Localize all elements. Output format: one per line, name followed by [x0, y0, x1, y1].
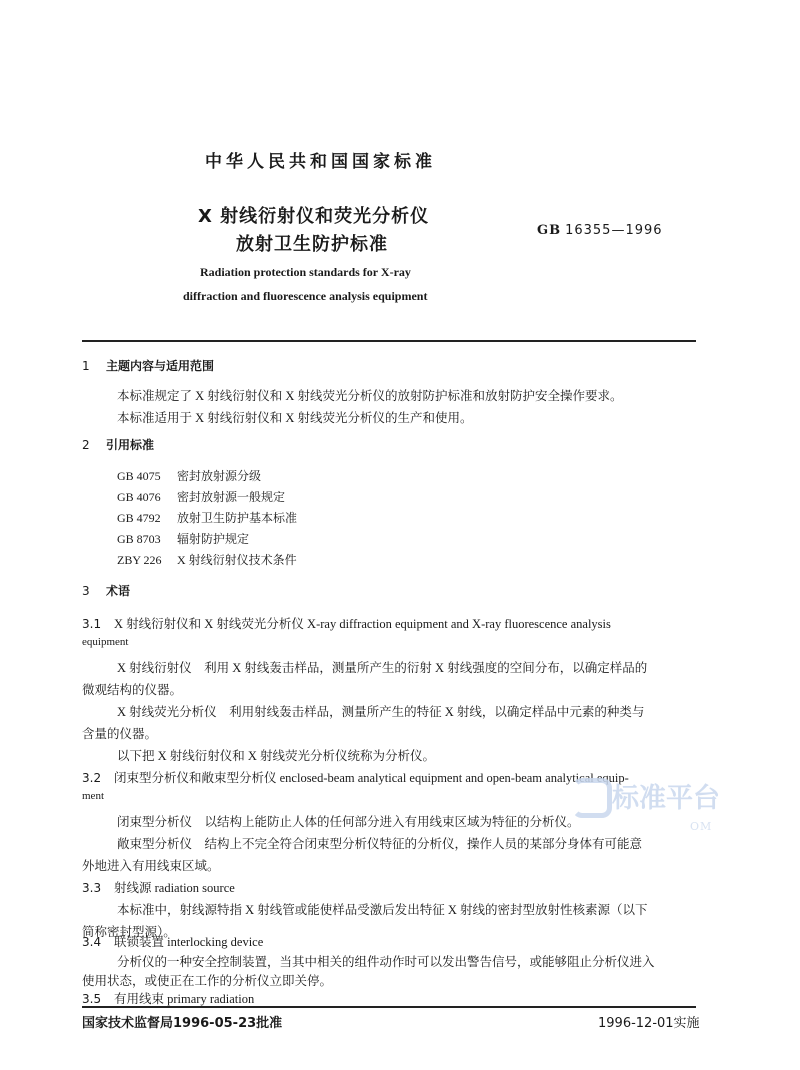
term-3-1-para-2a: X 射线荧光分析仪 利用射线轰击样品，测量所产生的特征 X 射线，以确定样品中元…	[117, 702, 644, 720]
title-cn-line1: X 射线衍射仪和荧光分析仪	[198, 202, 429, 228]
watermark-subtext: OM	[690, 820, 712, 833]
watermark-text: 标准平台	[612, 776, 720, 815]
term-3-2-heading: 3.2闭束型分析仪和敞束型分析仪 enclosed-beam analytica…	[82, 768, 629, 786]
standard-type: 中华人民共和国国家标准	[205, 147, 436, 172]
term-3-1-para-2b: 含量的仪器。	[82, 724, 157, 742]
approval-date: 国家技术监督局1996-05-23批准	[82, 1012, 282, 1031]
term-3-5-heading: 3.5有用线束 primary radiation	[82, 989, 254, 1007]
term-3-1-para-1b: 微观结构的仪器。	[82, 680, 182, 698]
term-3-1-heading-cont: equipment	[82, 636, 128, 648]
term-3-4-heading: 3.4联锁装置 interlocking device	[82, 932, 263, 950]
term-3-1-para-1a: X 射线衍射仪 利用 X 射线轰击样品，测量所产生的衍射 X 射线强度的空间分布…	[117, 658, 647, 676]
reference-item: GB 4076密封放射源一般规定	[117, 488, 285, 505]
title-en-line2: diffraction and fluorescence analysis eq…	[183, 289, 427, 304]
term-3-3-heading: 3.3射线源 radiation source	[82, 878, 235, 896]
term-3-2-heading-cont: ment	[82, 790, 104, 802]
title-en-line1: Radiation protection standards for X-ray	[200, 265, 411, 280]
term-3-2-para-1: 闭束型分析仪 以结构上能防止人体的任何部分进入有用线束区域为特征的分析仪。	[117, 812, 580, 830]
term-3-2-para-2a: 敞束型分析仪 结构上不完全符合闭束型分析仪特征的分析仪，操作人员的某部分身体有可…	[117, 834, 642, 852]
reference-item: GB 4792放射卫生防护基本标准	[117, 509, 297, 526]
header-divider	[82, 340, 696, 342]
term-3-2-para-2b: 外地进入有用线束区域。	[82, 856, 220, 874]
section-1-para-1: 本标准规定了 X 射线衍射仪和 X 射线荧光分析仪的放射防护标准和放射防护安全操…	[117, 386, 623, 404]
code-prefix: GB	[537, 223, 561, 238]
reference-item: ZBY 226X 射线衍射仪技术条件	[117, 551, 297, 568]
term-number: 3.5	[82, 992, 114, 1006]
section-3-heading: 3术语	[82, 582, 130, 599]
reference-item: GB 8703辐射防护规定	[117, 530, 249, 547]
term-3-4-para-1b: 使用状态，或使正在工作的分析仪立即关停。	[82, 971, 332, 989]
section-2-heading: 2引用标准	[82, 436, 154, 453]
term-3-3-para-1a: 本标准中，射线源特指 X 射线管或能使样品受激后发出特征 X 射线的密封型放射性…	[117, 900, 648, 918]
effective-date: 1996-12-01实施	[598, 1012, 700, 1031]
standard-code: GB16355—1996	[537, 223, 663, 238]
footer-divider	[82, 1006, 696, 1008]
term-3-1-heading: 3.1X 射线衍射仪和 X 射线荧光分析仪 X-ray diffraction …	[82, 614, 611, 632]
reference-item: GB 4075密封放射源分级	[117, 467, 261, 484]
term-title: 有用线束 primary radiation	[114, 992, 254, 1006]
section-1-heading: 1主题内容与适用范围	[82, 357, 214, 374]
code-number: 16355—1996	[565, 223, 662, 238]
term-3-1-para-3: 以下把 X 射线衍射仪和 X 射线荧光分析仪统称为分析仪。	[117, 746, 435, 764]
term-3-4-para-1a: 分析仪的一种安全控制装置，当其中相关的组件动作时可以发出警告信号，或能够阻止分析…	[117, 952, 655, 970]
section-1-para-2: 本标准适用于 X 射线衍射仪和 X 射线荧光分析仪的生产和使用。	[117, 408, 473, 426]
title-cn-line2: 放射卫生防护标准	[236, 230, 388, 256]
